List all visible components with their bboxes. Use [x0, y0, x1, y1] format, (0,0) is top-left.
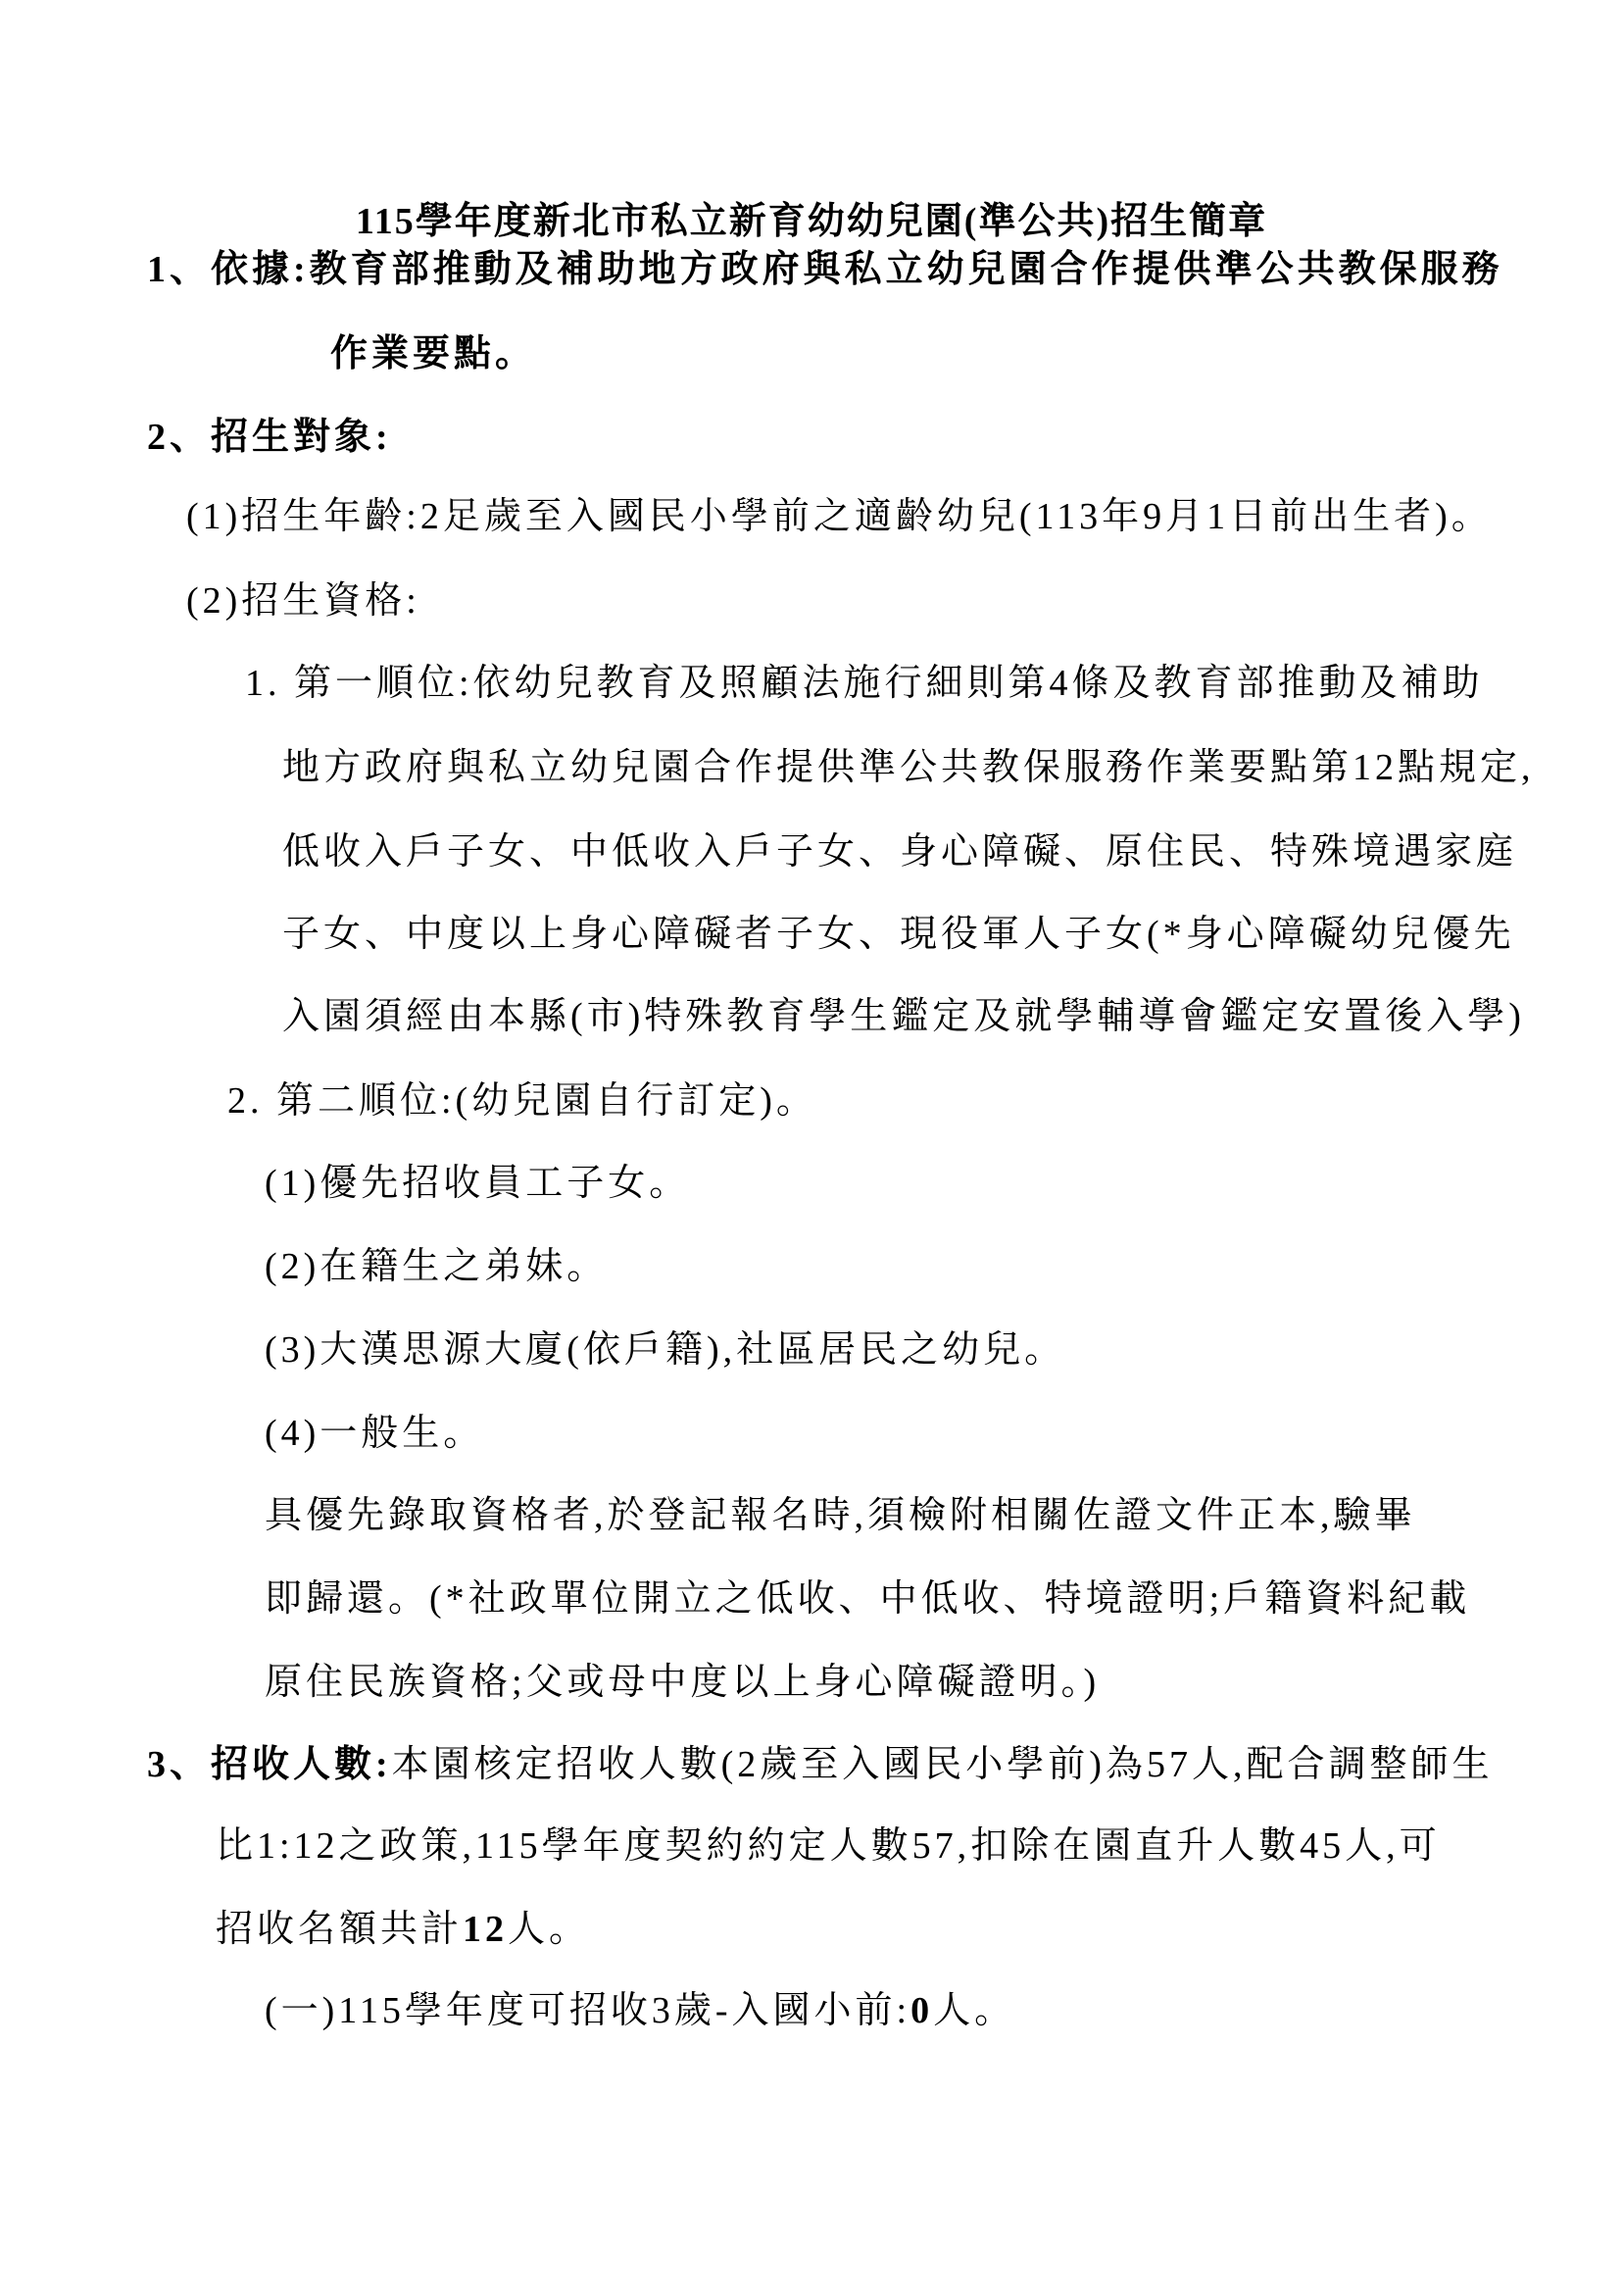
priority2-sub-item2: (2)在籍生之弟妹。	[265, 1244, 608, 1289]
section1-heading-continuation: 作業要點。	[330, 331, 536, 376]
section3-body-line3: 招收名額共計12人。	[216, 1907, 590, 1952]
section3-heading: 3、招收人數:	[147, 1744, 392, 1785]
documents-note-line3: 原住民族資格;父或母中度以上身心障礙證明。)	[265, 1660, 1100, 1705]
section2-item2-qualifications: (2)招生資格:	[186, 578, 420, 624]
priority1-line4: 子女、中度以上身心障礙者子女、現役軍人子女(*身心障礙幼兒優先	[282, 912, 1515, 957]
priority2-sub-item4: (4)一般生。	[265, 1411, 484, 1456]
priority2-sub-item3: (3)大漢思源大廈(依戶籍),社區居民之幼兒。	[265, 1327, 1065, 1373]
priority2-line: 2. 第二順位:(幼兒園自行訂定)。	[227, 1078, 817, 1123]
section3-item1: (一)115學年度可招收3歲-入國小前:0人。	[265, 1988, 1015, 2033]
section3-body-line1: 本園核定招收人數(2歲至入國民小學前)為57人,配合調整師生	[392, 1744, 1494, 1785]
document-page: 115學年度新北市私立新育幼幼兒園(準公共)招生簡章 1、依據:教育部推動及補助…	[0, 0, 1623, 2296]
section3-item1-number: 0	[910, 1990, 933, 2031]
section3-body-line3-pre: 招收名額共計	[216, 1909, 463, 1950]
priority2-sub-item1: (1)優先招收員工子女。	[265, 1161, 690, 1206]
section3-item1-pre: (一)115學年度可招收3歲-入國小前:	[265, 1990, 910, 2031]
section3-quota-number: 12	[463, 1909, 508, 1950]
priority1-line5: 入園須經由本縣(市)特殊教育學生鑑定及就學輔導會鑑定安置後入學)	[282, 994, 1525, 1039]
documents-note-line2: 即歸還。(*社政單位開立之低收、中低收、特境證明;戶籍資料紀載	[265, 1576, 1470, 1622]
section3-body-line2: 比1:12之政策,115學年度契約約定人數57,扣除在園直升人數45人,可	[216, 1823, 1441, 1869]
section3-item1-post: 人。	[933, 1990, 1015, 2031]
documents-note-line1: 具優先錄取資格者,於登記報名時,須檢附相關佐證文件正本,驗畢	[265, 1493, 1416, 1538]
section2-item1-enrollment-age: (1)招生年齡:2足歲至入國民小學前之適齡幼兒(113年9月1日前出生者)。	[186, 494, 1493, 539]
document-title: 115學年度新北市私立新育幼幼兒園(準公共)招生簡章	[0, 199, 1623, 244]
section2-heading: 2、招生對象:	[147, 415, 392, 460]
section1-heading: 1、依據:教育部推動及補助地方政府與私立幼兒園合作提供準公共教保服務	[147, 247, 1503, 292]
section3-heading-line: 3、招收人數:本園核定招收人數(2歲至入國民小學前)為57人,配合調整師生	[147, 1742, 1493, 1787]
priority1-line1: 1. 第一順位:依幼兒教育及照顧法施行細則第4條及教育部推動及補助	[245, 661, 1484, 706]
section3-body-line3-post: 人。	[508, 1909, 590, 1950]
priority1-line3: 低收入戶子女、中低收入戶子女、身心障礙、原住民、特殊境遇家庭	[282, 829, 1517, 874]
priority1-line2: 地方政府與私立幼兒園合作提供準公共教保服務作業要點第12點規定,	[282, 745, 1535, 790]
